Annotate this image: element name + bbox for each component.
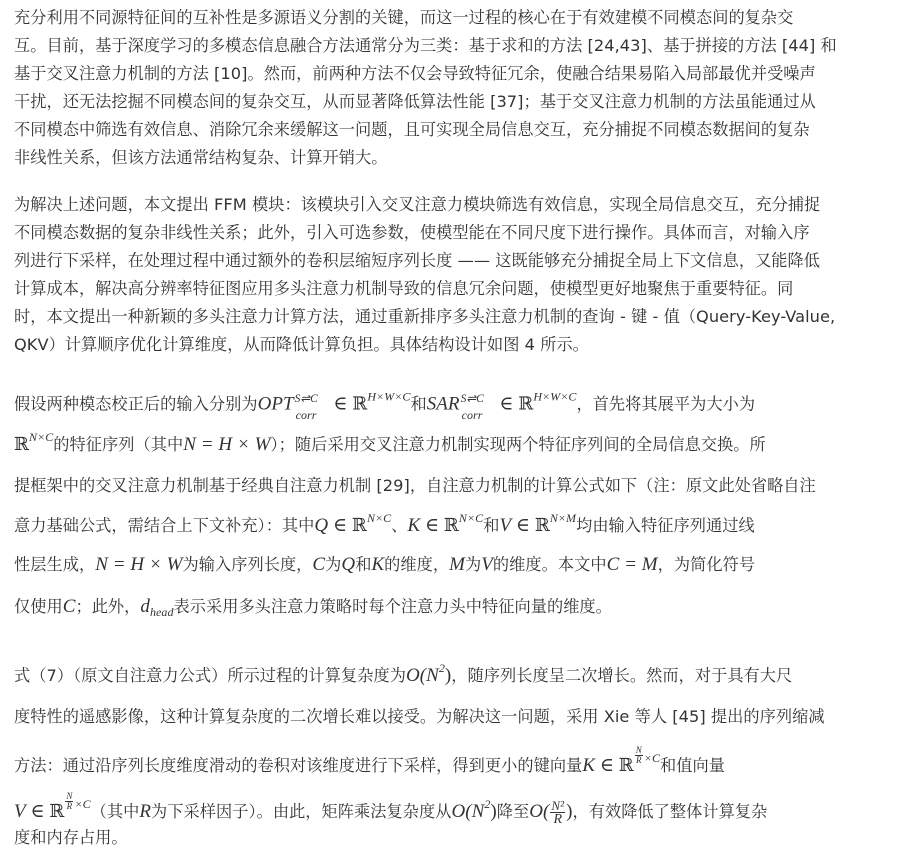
text-line: 式（7）（原文自注意力公式）所示过程的计算复杂度为O(N2)，随序列长度呈二次增… — [14, 666, 792, 686]
text: 方法：通过沿序列长度维度滑动的卷积对该维度进行下采样，得到更小的键向量 — [14, 756, 582, 775]
text: 表示采用多头注意力策略时每个注意力头中特征向量的维度。 — [174, 597, 612, 616]
text-line: 仅使用C；此外，dhead表示采用多头注意力策略时每个注意力头中特征向量的维度。 — [14, 597, 612, 617]
math-eq: N = H × W — [183, 434, 270, 455]
text: 假设两种模态校正后的输入分别为 — [14, 395, 258, 414]
math-reals: ℝ — [444, 515, 459, 536]
text: 意力基础公式，需结合上下文补充）：其中 — [14, 516, 314, 535]
math-k: K — [407, 515, 420, 536]
math-reals: ℝ — [352, 394, 367, 415]
text: 度特性的遥感影像，这种计算复杂度的二次增长难以接受。为解决这一问题，采用 Xie… — [14, 707, 825, 726]
text-line: 意力基础公式，需结合上下文补充）：其中Q ∈ ℝN×C、K ∈ ℝN×C和V ∈… — [14, 516, 755, 536]
math-r: R — [139, 801, 151, 822]
math-sar: SAR — [427, 394, 460, 415]
math-sub: corr — [462, 405, 483, 425]
math-q: Q — [314, 515, 328, 536]
text: 和值向量 — [660, 756, 725, 775]
text-line: 方法：通过沿序列长度维度滑动的卷积对该维度进行下采样，得到更小的键向量K ∈ ℝ… — [14, 746, 725, 776]
text-line: V ∈ ℝNR×C（其中R为下采样因子）。由此，矩阵乘法复杂度从O(N2)降至O… — [14, 792, 767, 827]
math-v: V — [14, 801, 26, 822]
math-c: C — [63, 596, 76, 617]
math-sup: H×W×C — [533, 390, 576, 404]
math-sub: head — [150, 605, 174, 619]
math-fraction: NR — [635, 746, 643, 765]
math-sup: N×C — [459, 511, 483, 525]
text: 式（7）（原文自注意力公式）所示过程的计算复杂度为 — [14, 666, 406, 685]
text-line: QKV）计算顺序优化计算维度，从而降低计算负担。具体结构设计如图 4 所示。 — [14, 335, 589, 355]
math-in: ∈ — [26, 801, 50, 822]
text-line: ℝN×C的特征序列（其中N = H × W）；随后采用交叉注意力机制实现两个特征… — [14, 435, 766, 455]
text-line: 基于交叉注意力机制的方法 [10]。然而，前两种方法不仅会导致特征冗余，使融合结… — [14, 64, 816, 84]
math-reals: ℝ — [14, 434, 29, 455]
math-in: ∈ — [420, 515, 444, 536]
math-m: M — [449, 554, 465, 575]
text: ，为简化符号 — [658, 555, 755, 574]
math-sup: N×C — [29, 430, 53, 444]
text: 性层生成， — [14, 555, 95, 574]
math-q: Q — [341, 554, 355, 575]
text: 提框架中的交叉注意力机制基于经典自注意力机制 [29]，自注意力机制的计算公式如… — [14, 476, 816, 495]
text: ，有效降低了整体计算复杂 — [572, 802, 767, 821]
math-eq: C = M — [607, 554, 658, 575]
text-line: 时，本文提出一种新颖的多头注意力计算方法，通过重新排序多头注意力机制的查询 - … — [14, 307, 835, 327]
math-k: K — [582, 755, 595, 776]
text: 和 — [483, 516, 499, 535]
math-in: ∈ — [495, 394, 519, 415]
text: 为输入序列长度， — [183, 555, 313, 574]
text-line: 互。目前，基于深度学习的多模态信息融合方法通常分为三类：基于求和的方法 [24,… — [14, 36, 837, 56]
math-reals: ℝ — [535, 515, 550, 536]
text: 和 — [355, 555, 371, 574]
math-opt: OPT — [258, 394, 294, 415]
text-line: 列进行下采样，在处理过程中通过额外的卷积层缩短序列长度 —— 这既能够充分捕捉全… — [14, 251, 820, 271]
text: ；此外， — [75, 597, 140, 616]
text-line: 性层生成，N = H × W为输入序列长度，C为Q和K的维度，M为V的维度。本文… — [14, 555, 755, 575]
math-reals: ℝ — [619, 755, 634, 776]
math-sup: H×W×C — [367, 390, 410, 404]
text-line: 不同模态数据的复杂非线性关系；此外，引入可选参数，使模型能在不同尺度下进行操作。… — [14, 223, 810, 243]
math-fraction: N²R — [550, 799, 565, 827]
text-line: 非线性关系，但该方法通常结构复杂、计算开销大。 — [14, 148, 387, 168]
text: 仅使用 — [14, 597, 63, 616]
math-in: ∈ — [595, 755, 619, 776]
text: 的维度， — [384, 555, 449, 574]
text-line: 提框架中的交叉注意力机制基于经典自注意力机制 [29]，自注意力机制的计算公式如… — [14, 476, 816, 496]
text-line: 度特性的遥感影像，这种计算复杂度的二次增长难以接受。为解决这一问题，采用 Xie… — [14, 707, 825, 727]
math-sup: ×C — [74, 797, 90, 811]
math-sup: N×M — [550, 511, 576, 525]
math-v: V — [481, 554, 493, 575]
text: 均由输入特征序列通过线 — [576, 516, 755, 535]
math-reals: ℝ — [352, 515, 367, 536]
math-d: d — [140, 596, 150, 617]
text: 和 — [410, 395, 426, 414]
math-reals: ℝ — [518, 394, 533, 415]
text: 、 — [391, 516, 407, 535]
math-sup: ×C — [644, 751, 660, 765]
text: 为 — [325, 555, 341, 574]
math-c: C — [312, 554, 325, 575]
math-o: O( — [529, 801, 549, 822]
text-line: 充分利用不同源特征间的互补性是多源语义分割的关键，而这一过程的核心在于有效建模不… — [14, 8, 793, 28]
math-in: ∈ — [329, 394, 353, 415]
math-o: O(N — [406, 665, 439, 686]
text-line: 干扰，还无法挖掘不同模态间的复杂交互，从而显著降低算法性能 [37]；基于交叉注… — [14, 92, 816, 112]
document-body: 充分利用不同源特征间的互补性是多源语义分割的关键，而这一过程的核心在于有效建模不… — [0, 0, 918, 849]
math-sup: N×C — [367, 511, 391, 525]
text: （其中 — [91, 802, 140, 821]
text: ，首先将其展平为大小为 — [576, 395, 755, 414]
text: ）；随后采用交叉注意力机制实现两个特征序列间的全局信息交换。所 — [271, 435, 766, 454]
text-line: 假设两种模态校正后的输入分别为OPTS⇌Ccorr ∈ ℝH×W×C和SARS⇌… — [14, 390, 755, 420]
text: 的维度。本文中 — [493, 555, 607, 574]
math-in: ∈ — [511, 515, 535, 536]
math-supsub: S⇌Ccorr — [295, 390, 329, 420]
math-in: ∈ — [328, 515, 352, 536]
text-line: 计算成本，解决高分辨率特征图应用多头注意力机制导致的信息冗余问题，使模型更好地聚… — [14, 279, 793, 299]
math-sub: corr — [296, 405, 317, 425]
text: 的特征序列（其中 — [53, 435, 183, 454]
math-eq: N = H × W — [95, 554, 182, 575]
text: ，随序列长度呈二次增长。然而，对于具有大尺 — [451, 666, 792, 685]
math-reals: ℝ — [49, 801, 64, 822]
text-line: 不同模态中筛选有效信息、消除冗余来缓解这一问题，且可实现全局信息交互，充分捕捉不… — [14, 120, 810, 140]
text-line: 为解决上述问题，本文提出 FFM 模块：该模块引入交叉注意力模块筛选有效信息，实… — [14, 195, 820, 215]
text-line: 度和内存占用。 — [14, 828, 128, 848]
text: 降至 — [497, 802, 529, 821]
math-o: O(N — [451, 801, 484, 822]
math-fraction: NR — [65, 792, 73, 811]
math-k: K — [371, 554, 384, 575]
math-v: V — [499, 515, 511, 536]
text: 度和内存占用。 — [14, 828, 128, 847]
text: 为 — [465, 555, 481, 574]
text: 为下采样因子）。由此，矩阵乘法复杂度从 — [151, 802, 451, 821]
math-supsub: S⇌Ccorr — [461, 390, 495, 420]
